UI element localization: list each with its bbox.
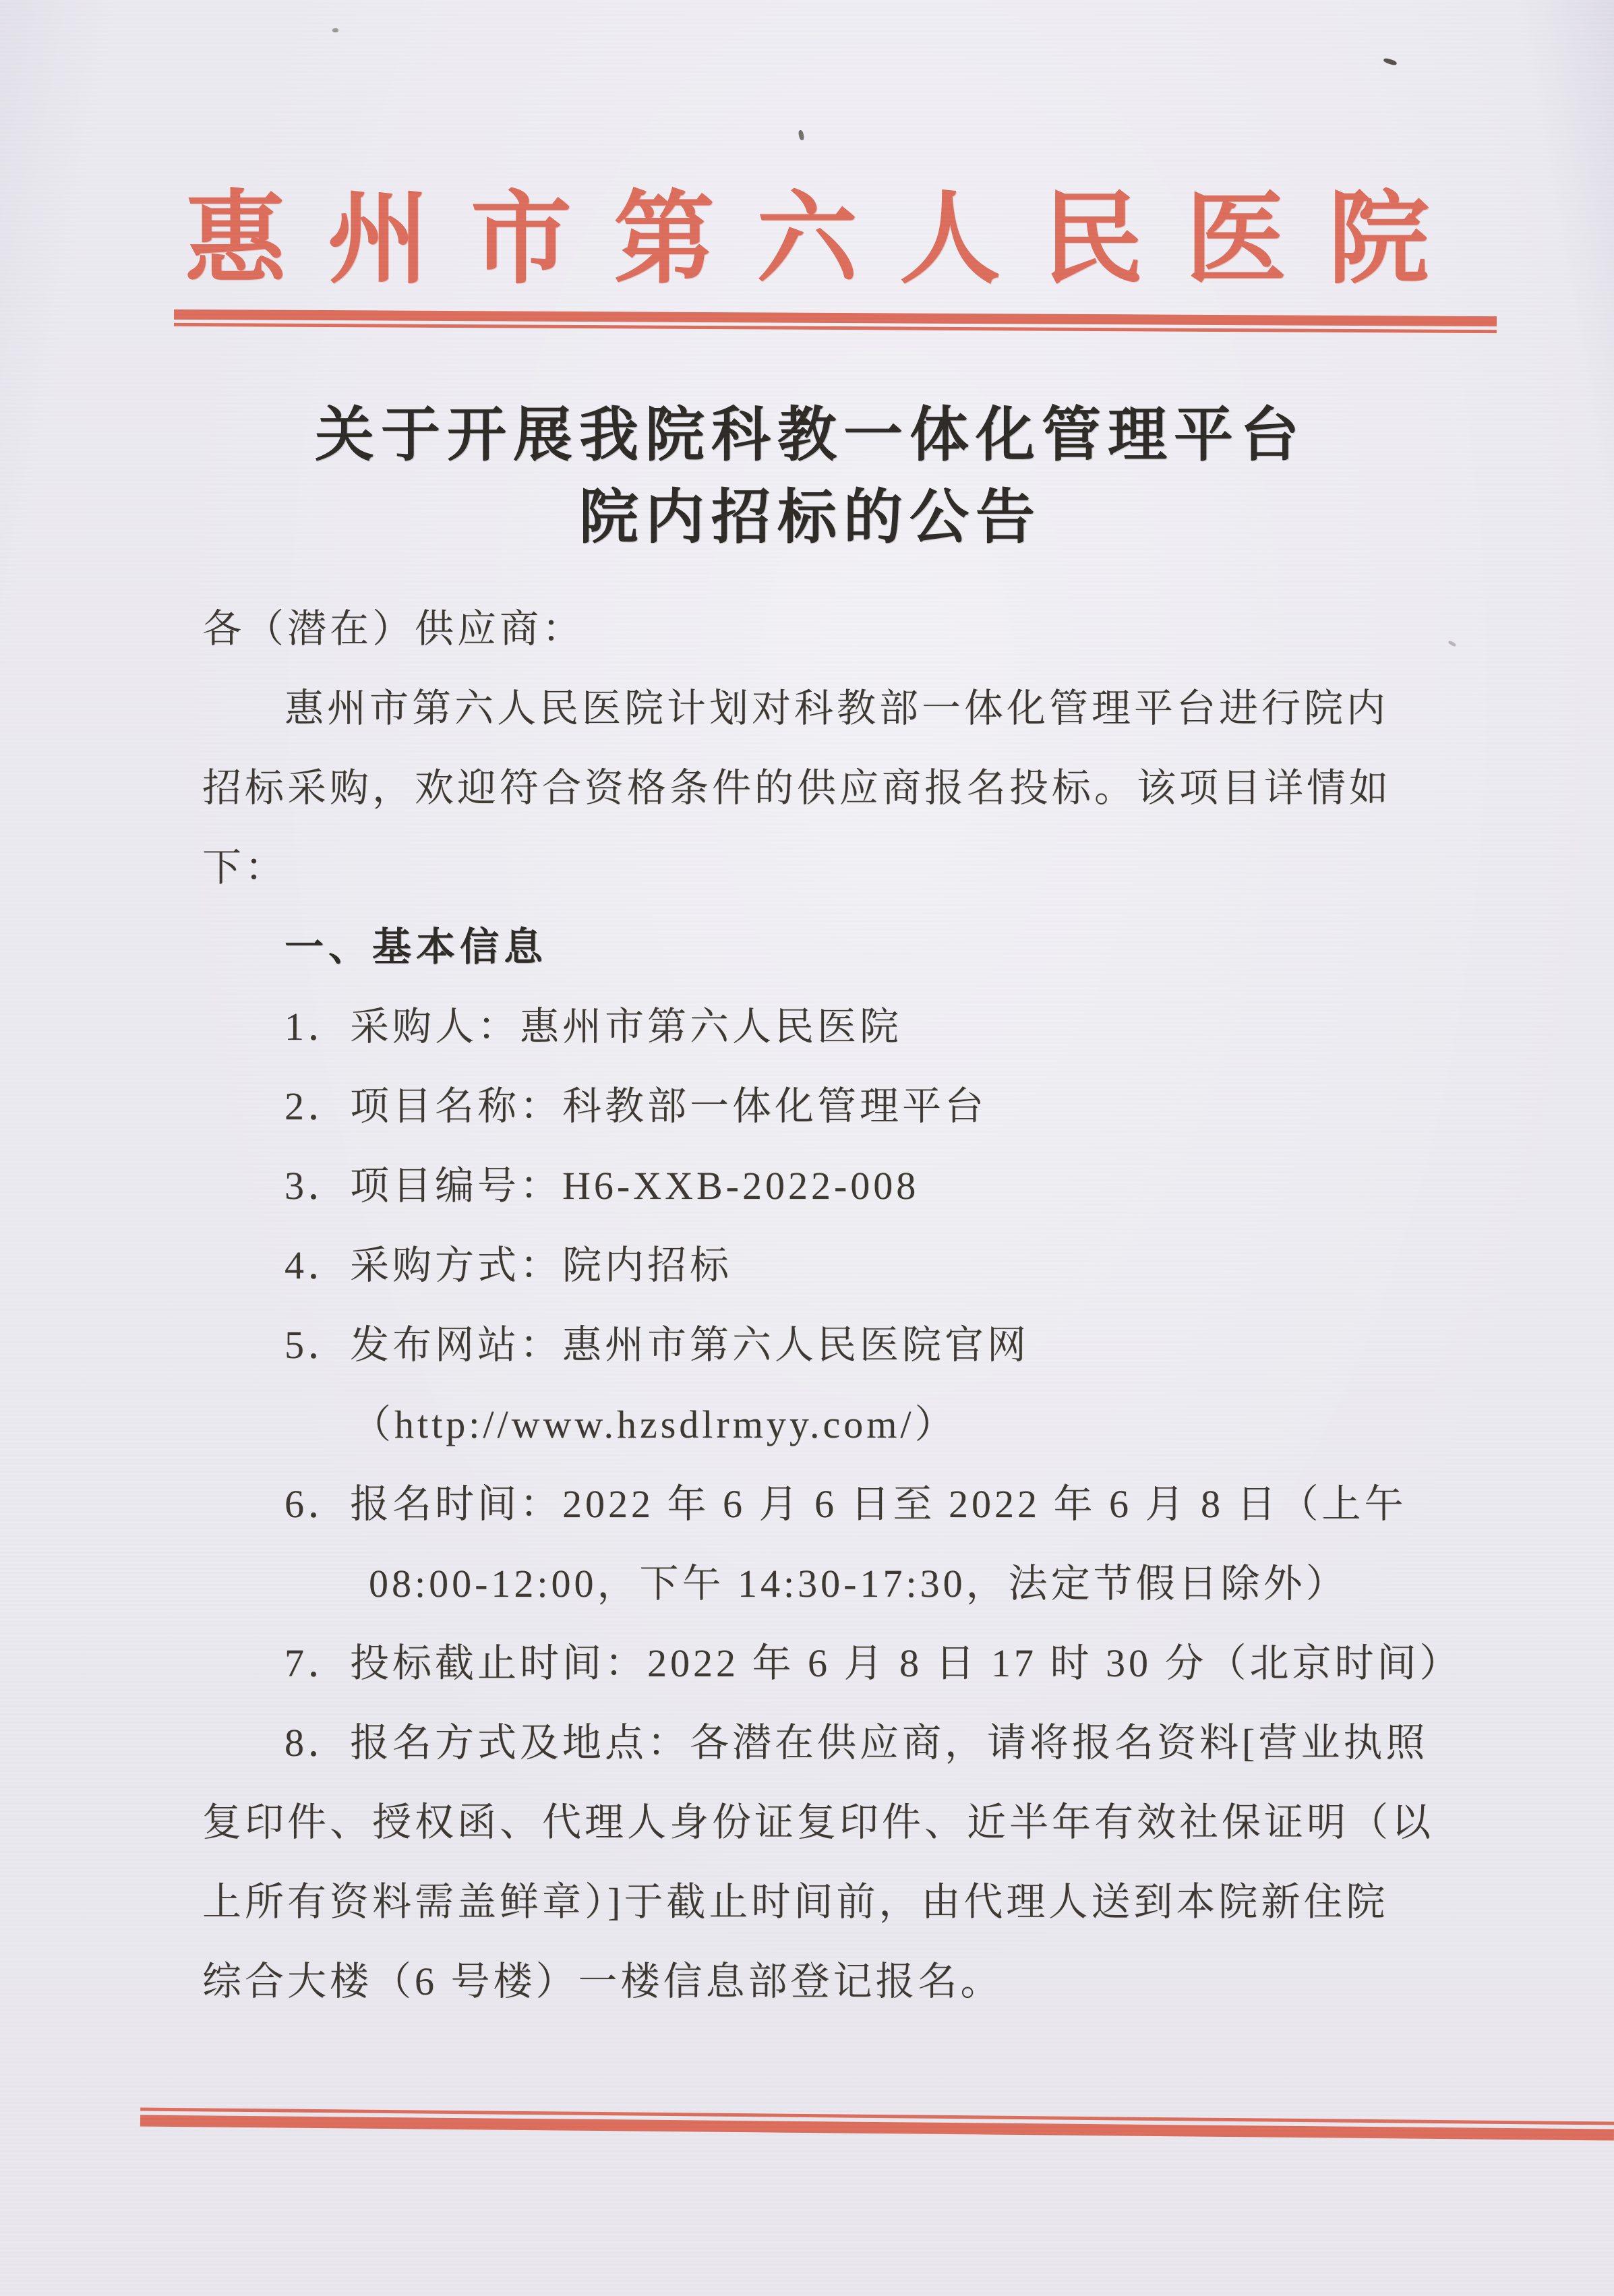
body-line: 综合大楼（6 号楼）一楼信息部登记报名。 [202,1942,1436,2022]
scanned-document-page: 惠州市第六人民医院 关于开展我院科教一体化管理平台 院内招标的公告 各（潜在）供… [0,0,1614,2296]
section-heading: 一、基本信息 [202,908,1436,987]
scan-speck [332,28,338,32]
body-line: 招标采购，欢迎符合资格条件的供应商报名投标。该项目详情如 [202,748,1436,828]
body-line: 上所有资料需盖鲜章）]于截止时间前，由代理人送到本院新住院 [202,1862,1436,1942]
body-line: 5．发布网站：惠州市第六人民医院官网 [202,1305,1436,1385]
body-line: （http://www.hzsdlrmyy.com/） [202,1385,1436,1465]
document-body: 各（潜在）供应商：惠州市第六人民医院计划对科教部一体化管理平台进行院内招标采购，… [202,589,1436,2022]
body-line: 08:00-12:00，下午 14:30-17:30，法定节假日除外） [202,1544,1436,1624]
document-title-line1: 关于开展我院科教一体化管理平台 [7,395,1614,477]
body-line: 4．采购方式：院内招标 [202,1226,1436,1305]
footer-divider [140,2108,1614,2141]
body-line: 3．项目编号：H6-XXB-2022-008 [202,1146,1436,1226]
document-title-line2: 院内招标的公告 [7,477,1614,560]
footer-divider-thick-bar [140,2115,1614,2141]
scan-speck [1383,57,1397,66]
hospital-letterhead-name: 惠州市第六人民医院 [0,186,1614,294]
scan-speck [1448,640,1457,647]
body-line: 7．投标截止时间：2022 年 6 月 8 日 17 时 30 分（北京时间） [202,1624,1436,1703]
body-line: 各（潜在）供应商： [202,589,1436,669]
letterhead-divider [174,310,1497,333]
document-title: 关于开展我院科教一体化管理平台 院内招标的公告 [0,395,1614,560]
body-line: 1．采购人：惠州市第六人民医院 [202,987,1436,1067]
body-line: 6．报名时间：2022 年 6 月 6 日至 2022 年 6 月 8 日（上午 [202,1465,1436,1544]
body-line: 下： [202,828,1436,908]
body-line: 复印件、授权函、代理人身份证复印件、近半年有效社保证明（以 [202,1783,1436,1862]
scan-speck [798,129,805,140]
body-line: 8．报名方式及地点：各潜在供应商，请将报名资料[营业执照 [202,1703,1436,1783]
body-line: 2．项目名称：科教部一体化管理平台 [202,1067,1436,1146]
body-line: 惠州市第六人民医院计划对科教部一体化管理平台进行院内 [202,669,1436,748]
